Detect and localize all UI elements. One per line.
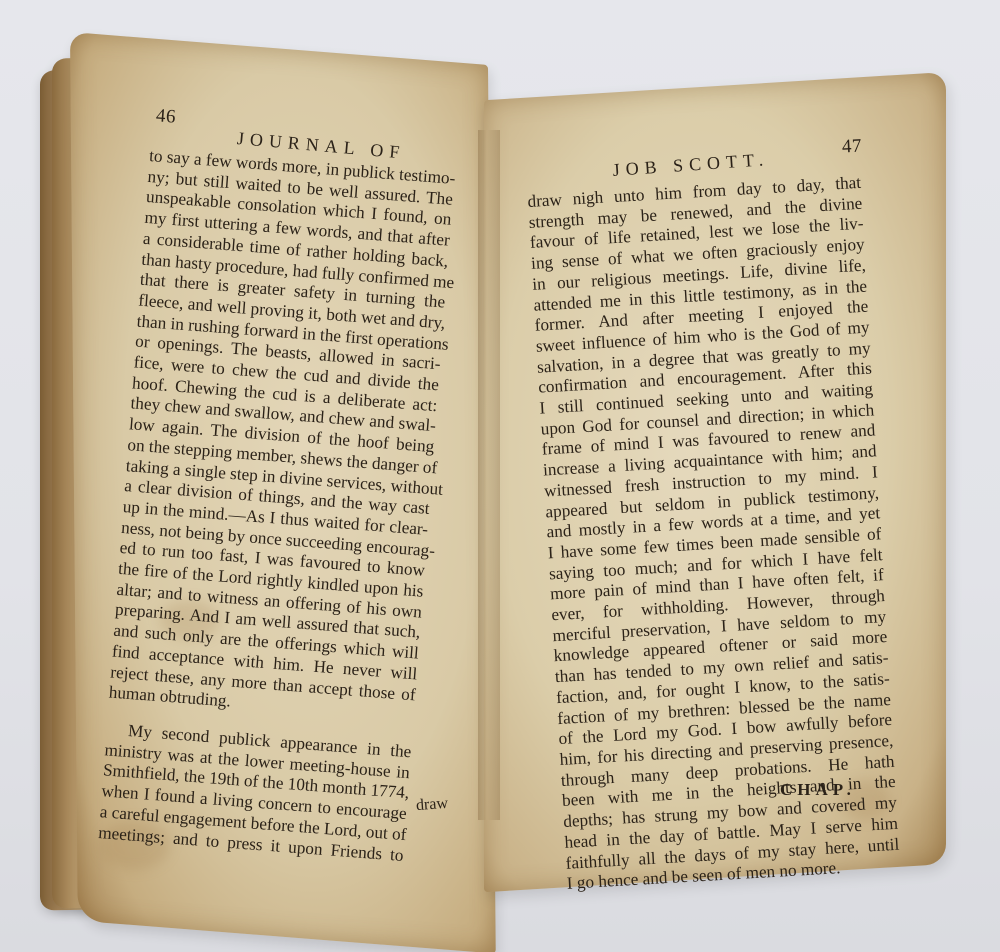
book-gutter bbox=[478, 130, 500, 820]
left-page-number: 46 bbox=[155, 105, 176, 128]
open-book: 46 JOURNAL OF to say a few words more, i… bbox=[0, 0, 1000, 952]
right-page-number: 47 bbox=[841, 135, 862, 158]
right-catchword-chap: CHAP. bbox=[780, 780, 856, 800]
left-page-body: to say a few words more, in publick test… bbox=[98, 146, 456, 866]
left-catchword: draw bbox=[415, 795, 448, 815]
